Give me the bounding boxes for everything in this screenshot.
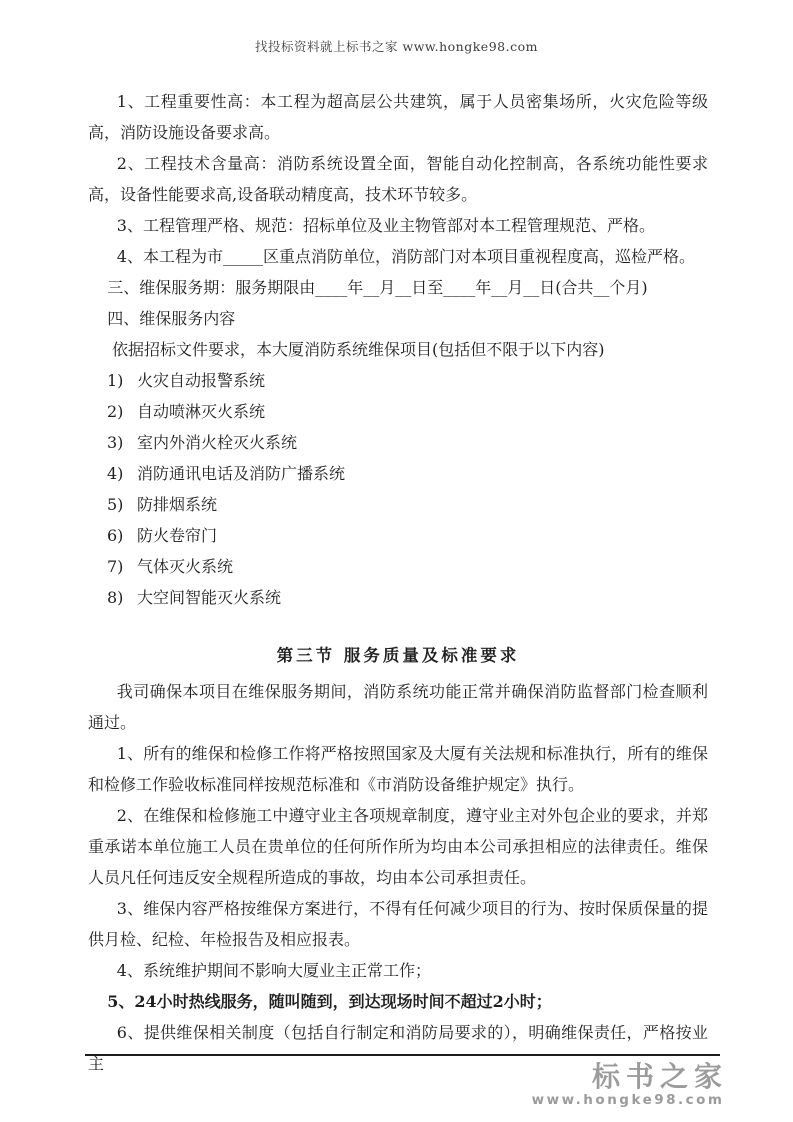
paragraph-importance: 1、工程重要性高：本工程为超高层公共建筑，属于人员密集场所，火灾危险等级高，消防… bbox=[88, 86, 708, 148]
list-item-number: 4) bbox=[107, 458, 137, 489]
service-items-list: 1)火灾自动报警系统 2)自动喷淋灭火系统 3)室内外消火栓灭火系统 4)消防通… bbox=[88, 365, 708, 613]
header-watermark-text: 找投标资料就上标书之家 www.hongke98.com bbox=[0, 37, 793, 55]
paragraph-service-content-intro: 依据招标文件要求，本大厦消防系统维保项目(包括但不限于以下内容) bbox=[88, 334, 708, 365]
list-item: 6)防火卷帘门 bbox=[88, 520, 708, 551]
paragraph-service-period: 三、维保服务期：服务期限由____年__月__日至____年__月__日(合共_… bbox=[88, 272, 708, 303]
list-item-number: 8) bbox=[107, 582, 137, 613]
list-item-text: 大空间智能灭火系统 bbox=[137, 588, 281, 607]
list-item-text: 消防通讯电话及消防广播系统 bbox=[137, 464, 345, 483]
paragraph-standard-4: 4、系统维护期间不影响大厦业主正常工作； bbox=[88, 955, 708, 986]
list-item-number: 6) bbox=[107, 520, 137, 551]
paragraph-standard-2: 2、在维保和检修施工中遵守业主各项规章制度，遵守业主对外包企业的要求，并郑重承诺… bbox=[88, 800, 708, 893]
paragraph-service-content-title: 四、维保服务内容 bbox=[88, 303, 708, 334]
footer-logo-url: www.hongke98.com bbox=[532, 1092, 725, 1108]
paragraph-standard-1: 1、所有的维保和检修工作将严格按照国家及大厦有关法规和标准执行，所有的维保和检修… bbox=[88, 738, 708, 800]
list-item-text: 自动喷淋灭火系统 bbox=[137, 402, 265, 421]
list-item: 8)大空间智能灭火系统 bbox=[88, 582, 708, 613]
list-item-number: 3) bbox=[107, 427, 137, 458]
paragraph-quality-intro: 我司确保本项目在维保服务期间，消防系统功能正常并确保消防监督部门检查顺利通过。 bbox=[88, 676, 708, 738]
footer-logo-text: 标书之家 bbox=[532, 1062, 728, 1092]
list-item-text: 防排烟系统 bbox=[137, 495, 217, 514]
footer-logo: 标书之家 www.hongke98.com bbox=[532, 1062, 722, 1108]
list-item: 3)室内外消火栓灭火系统 bbox=[88, 427, 708, 458]
footer-divider-line bbox=[85, 1054, 720, 1056]
list-item-number: 5) bbox=[107, 489, 137, 520]
list-item: 2)自动喷淋灭火系统 bbox=[88, 396, 708, 427]
list-item-text: 气体灭火系统 bbox=[137, 557, 233, 576]
paragraph-key-unit: 4、本工程为市_____区重点消防单位，消防部门对本项目重视程度高，巡检严格。 bbox=[88, 241, 708, 272]
list-item-text: 室内外消火栓灭火系统 bbox=[137, 433, 297, 452]
list-item-number: 7) bbox=[107, 551, 137, 582]
list-item: 7)气体灭火系统 bbox=[88, 551, 708, 582]
paragraph-technology: 2、工程技术含量高：消防系统设置全面，智能自动化控制高，各系统功能性要求高，设备… bbox=[88, 148, 708, 210]
list-item-text: 防火卷帘门 bbox=[137, 526, 217, 545]
document-content: 1、工程重要性高：本工程为超高层公共建筑，属于人员密集场所，火灾危险等级高，消防… bbox=[88, 86, 708, 1079]
section-heading: 第三节 服务质量及标准要求 bbox=[88, 640, 708, 671]
paragraph-standard-3: 3、维保内容严格按维保方案进行，不得有任何减少项目的行为、按时保质保量的提供月检… bbox=[88, 893, 708, 955]
list-item: 5)防排烟系统 bbox=[88, 489, 708, 520]
list-item-number: 1) bbox=[107, 365, 137, 396]
paragraph-management: 3、工程管理严格、规范：招标单位及业主物管部对本工程管理规范、严格。 bbox=[88, 210, 708, 241]
list-item-text: 火灾自动报警系统 bbox=[137, 371, 265, 390]
paragraph-standard-5-hotline: 5、24小时热线服务，随叫随到，到达现场时间不超过2小时； bbox=[88, 986, 708, 1017]
list-item: 1)火灾自动报警系统 bbox=[88, 365, 708, 396]
list-item: 4)消防通讯电话及消防广播系统 bbox=[88, 458, 708, 489]
list-item-number: 2) bbox=[107, 396, 137, 427]
